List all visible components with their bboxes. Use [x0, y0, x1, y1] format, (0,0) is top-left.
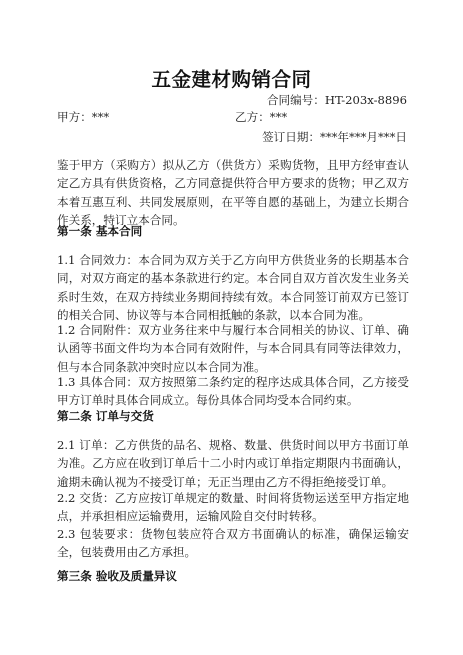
document-page: 五金建材购销合同 合同编号：HT-203x-8896 甲方：*** 乙方：***…	[0, 0, 463, 655]
clause-paragraph: 2.3 包装要求：货物包装应符合双方书面确认的标准，确保运输安全，包装费用由乙方…	[57, 525, 409, 562]
document-title: 五金建材购销合同	[0, 64, 463, 92]
section-heading: 第二条 订单与交货	[57, 409, 154, 423]
section-heading: 第三条 验收及质量异议	[57, 569, 177, 583]
clause-paragraph: 1.1 合同效力：本合同为双方关于乙方向甲方供货业务的长期基本合同，对双方商定的…	[57, 251, 409, 325]
clause-paragraph: 2.2 交货：乙方应按订单规定的数量、时间将货物运送至甲方指定地点，并承担相应运…	[57, 489, 409, 526]
sign-date: 签订日期：***年***月***日	[262, 130, 407, 144]
clause-paragraph: 1.2 合同附件：双方业务往来中与履行本合同相关的协议、订单、确认函等书面文件均…	[57, 321, 409, 376]
party-a: 甲方：***	[57, 110, 109, 124]
section-heading: 第一条 基本合同	[57, 224, 142, 238]
clause-paragraph: 2.1 订单：乙方供货的品名、规格、数量、供货时间以甲方书面订单为准。乙方应在收…	[57, 436, 409, 491]
clause-paragraph: 1.3 具体合同：双方按照第二条约定的程序达成具体合同，乙方接受甲方订单时具体合…	[57, 373, 409, 410]
contract-number: 合同编号：HT-203x-8896	[267, 93, 407, 107]
intro-paragraph: 鉴于甲方（采购方）拟从乙方（供货方）采购货物，且甲方经审查认定乙方具有供货资格，…	[57, 156, 409, 230]
party-b: 乙方：***	[235, 110, 287, 124]
